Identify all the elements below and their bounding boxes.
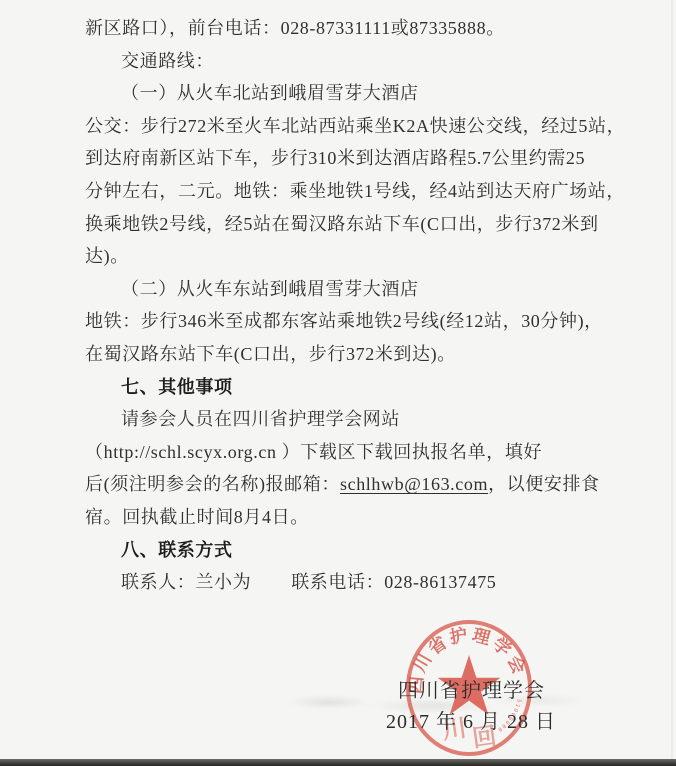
line-website-url: （http://schl.scyx.org.cn ）下载区下载回执报名单，填好 <box>85 436 597 469</box>
signature-org: 四川省护理学会 <box>398 674 545 703</box>
line-route1-bus-2: 到达府南新区站下车，步行310米到达酒店路程5.7公里约需25 <box>85 142 597 175</box>
scanned-document-page: 新区路口），前台电话：028-87331111或87335888。 交通路线： … <box>0 0 676 766</box>
email-line-pre: 后(须注明参会的名称)报邮箱： <box>85 474 340 494</box>
line-route1-bus-1: 公交：步行272米至火车北站西站乘坐K2A快速公交线，经过5站， <box>85 110 597 143</box>
line-route2-metro-1: 地铁：步行346米至成都东客站乘地铁2号线(经12站，30分钟)， <box>85 305 597 338</box>
email-line-post: ，以便安排食 <box>488 474 600 494</box>
line-route1-title: （一）从火车北站到峨眉雪芽大酒店 <box>85 77 597 110</box>
signature-date: 2017 年 6 月 28 日 <box>386 705 556 734</box>
heading-other-matters: 七、其他事项 <box>85 371 597 404</box>
scan-edge-bottom-bar <box>0 759 676 766</box>
line-hotel-phone: 新区路口），前台电话：028-87331111或87335888。 <box>85 12 597 45</box>
line-route2-metro-2: 在蜀汉路东站下车(C口出，步行372米到达)。 <box>85 338 597 371</box>
line-email: 后(须注明参会的名称)报邮箱：schlhwb@163.com，以便安排食 <box>85 468 597 501</box>
contact-person: 联系人：兰小为 <box>121 572 251 592</box>
line-website-intro: 请参会人员在四川省护理学会网站 <box>85 403 597 436</box>
heading-contact: 八、联系方式 <box>85 534 597 567</box>
email-address: schlhwb@163.com <box>340 474 488 494</box>
scan-artifact-right-line <box>671 0 673 766</box>
document-body: 新区路口），前台电话：028-87331111或87335888。 交通路线： … <box>85 12 597 599</box>
line-route1-metro-2: 换乘地铁2号线，经5站在蜀汉路东站下车(C口出，步行372米到 <box>85 208 597 241</box>
line-deadline: 宿。回执截止时间8月4日。 <box>85 501 597 534</box>
line-route1-metro-3: 达)。 <box>85 240 597 273</box>
line-contact-info: 联系人：兰小为联系电话：028-86137475 <box>85 566 597 599</box>
contact-phone: 联系电话：028-86137475 <box>291 572 496 592</box>
line-route1-metro-1: 分钟左右，二元。地铁：乘坐地铁1号线，经4站到达天府广场站， <box>85 175 597 208</box>
line-traffic-routes-heading: 交通路线： <box>85 45 597 78</box>
line-route2-title: （二）从火车东站到峨眉雪芽大酒店 <box>85 273 597 306</box>
